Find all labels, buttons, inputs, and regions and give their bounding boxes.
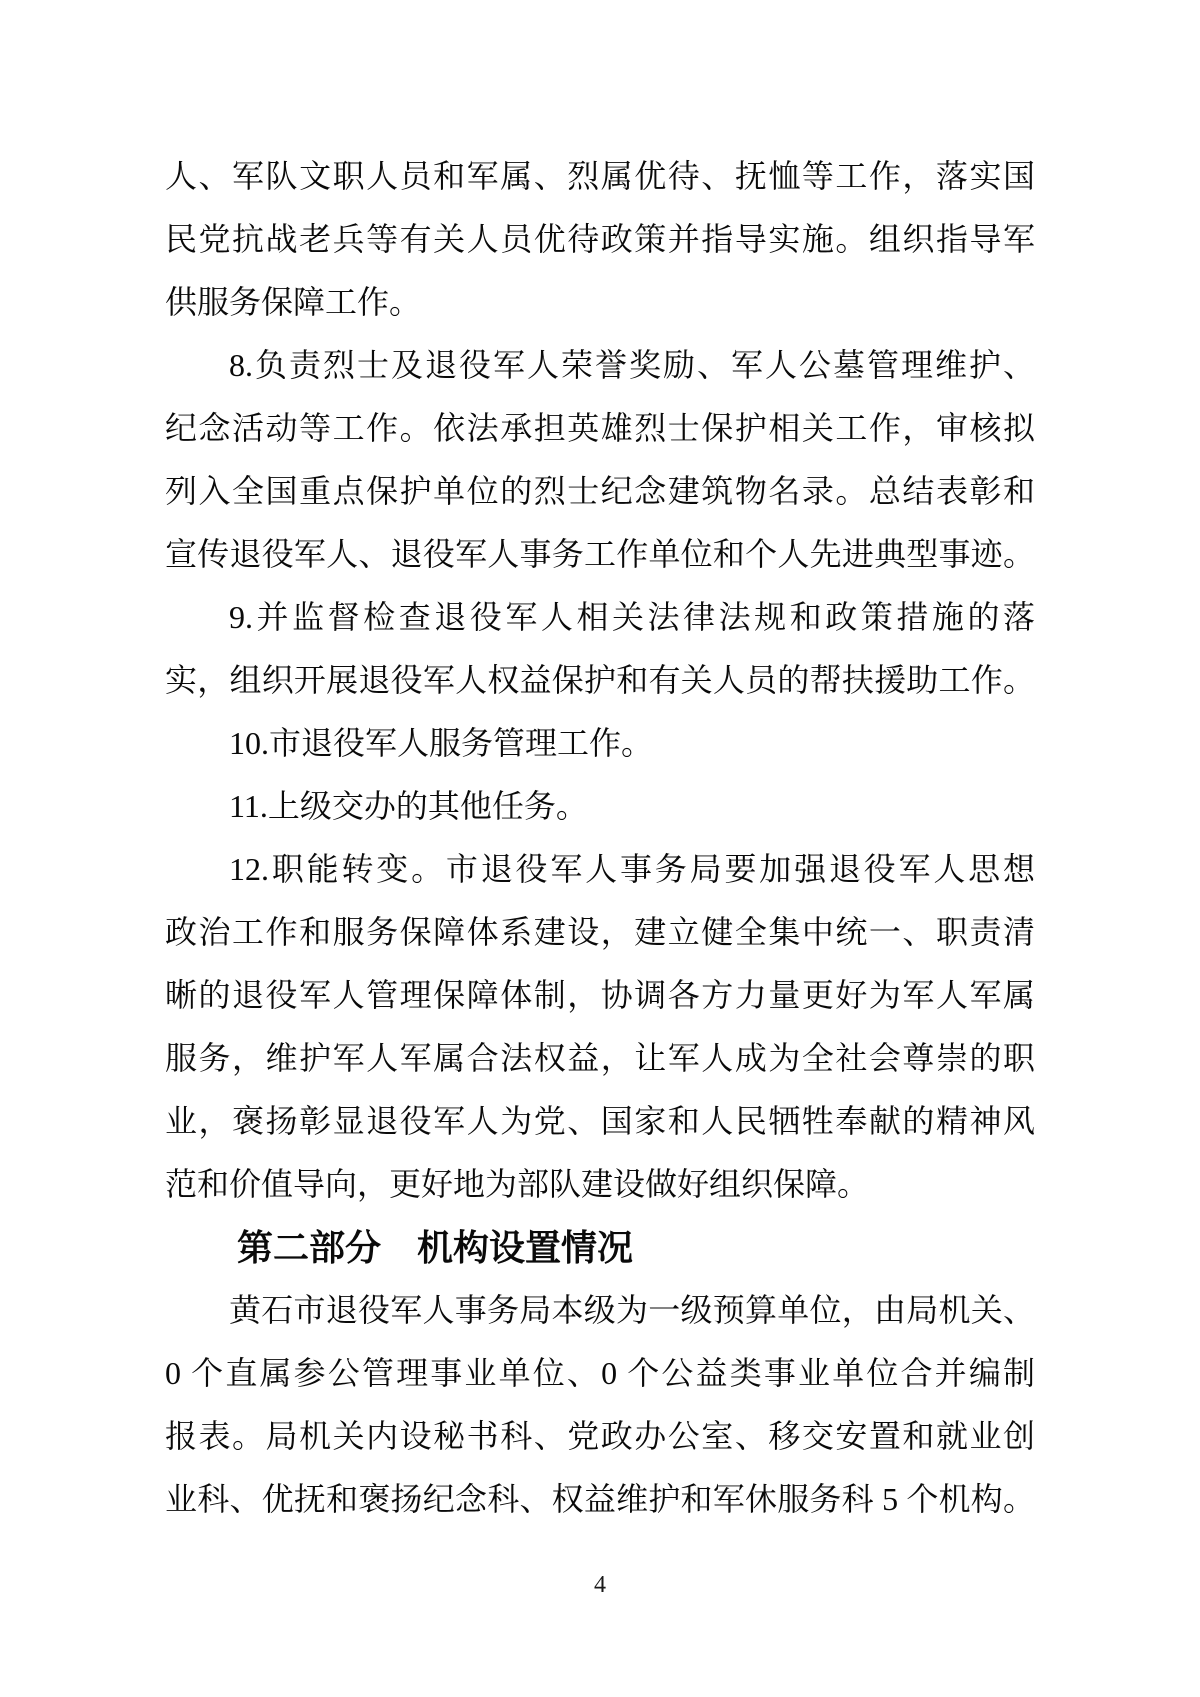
text-line: 范和价值导向，更好地为部队建设做好组织保障。 (165, 1153, 1035, 1216)
text-line: 业，褒扬彰显退役军人为党、国家和人民牺牲奉献的精神风 (165, 1090, 1035, 1153)
text-line: 业科、优抚和褒扬纪念科、权益维护和军休服务科 5 个机构。 (165, 1468, 1035, 1531)
document-page: 人、军队文职人员和军属、烈属优待、抚恤等工作，落实国 民党抗战老兵等有关人员优待… (0, 0, 1200, 1697)
text-line: 民党抗战老兵等有关人员优待政策并指导实施。组织指导军 (165, 208, 1035, 271)
text-line: 黄石市退役军人事务局本级为一级预算单位，由局机关、 (165, 1279, 1035, 1342)
text-line: 8.负责烈士及退役军人荣誉奖励、军人公墓管理维护、 (165, 334, 1035, 397)
text-line: 晰的退役军人管理保障体制，协调各方力量更好为军人军属 (165, 964, 1035, 1027)
text-line: 政治工作和服务保障体系建设，建立健全集中统一、职责清 (165, 901, 1035, 964)
text-line: 11.上级交办的其他任务。 (165, 775, 1035, 838)
text-line: 10.市退役军人服务管理工作。 (165, 712, 1035, 775)
page-number: 4 (0, 1572, 1200, 1599)
text-line: 人、军队文职人员和军属、烈属优待、抚恤等工作，落实国 (165, 145, 1035, 208)
text-line: 纪念活动等工作。依法承担英雄烈士保护相关工作，审核拟 (165, 397, 1035, 460)
text-line: 0 个直属参公管理事业单位、0 个公益类事业单位合并编制 (165, 1342, 1035, 1405)
section-heading: 第二部分 机构设置情况 (165, 1216, 1035, 1279)
text-line: 宣传退役军人、退役军人事务工作单位和个人先进典型事迹。 (165, 523, 1035, 586)
document-body: 人、军队文职人员和军属、烈属优待、抚恤等工作，落实国 民党抗战老兵等有关人员优待… (165, 145, 1035, 1531)
text-line: 9.并监督检查退役军人相关法律法规和政策措施的落 (165, 586, 1035, 649)
text-line: 服务，维护军人军属合法权益，让军人成为全社会尊崇的职 (165, 1027, 1035, 1090)
text-line: 实，组织开展退役军人权益保护和有关人员的帮扶援助工作。 (165, 649, 1035, 712)
text-line: 供服务保障工作。 (165, 271, 1035, 334)
text-line: 12.职能转变。市退役军人事务局要加强退役军人思想 (165, 838, 1035, 901)
text-line: 报表。局机关内设秘书科、党政办公室、移交安置和就业创 (165, 1405, 1035, 1468)
text-line: 列入全国重点保护单位的烈士纪念建筑物名录。总结表彰和 (165, 460, 1035, 523)
